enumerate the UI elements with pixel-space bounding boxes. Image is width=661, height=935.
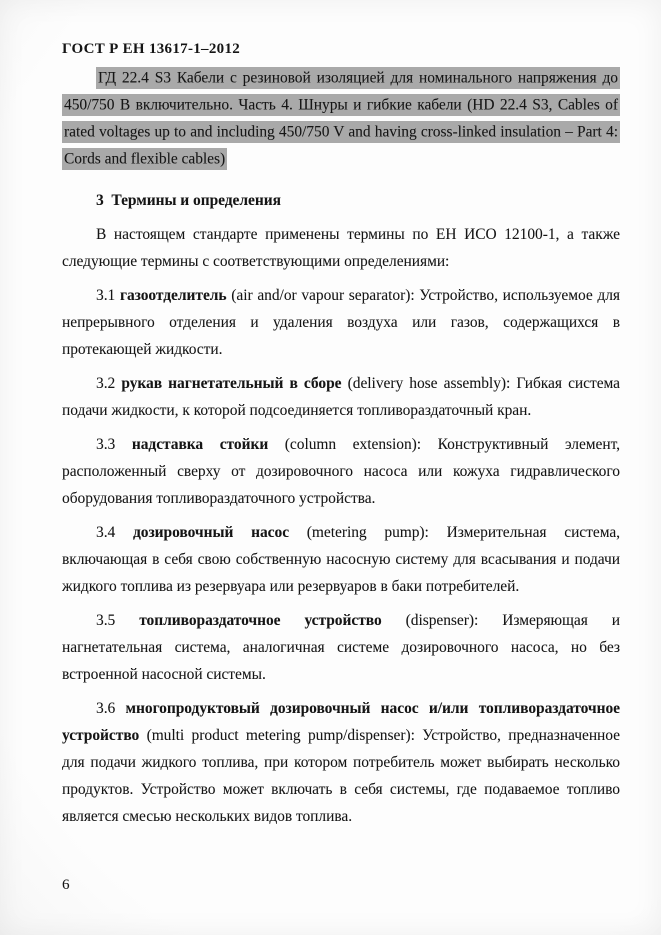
definition-term: газоотделитель: [120, 287, 227, 304]
definition-item-3-2: 3.2 рукав нагнетательный в сборе (delive…: [62, 370, 620, 424]
highlighted-citation-paragraph: ГД 22.4 S3 Кабели с резиновой изоляцией …: [62, 64, 620, 172]
page-content: ГОСТ Р ЕН 13617-1–2012 ГД 22.4 S3 Кабели…: [62, 36, 620, 830]
definition-english-term: (column extension):: [268, 436, 437, 453]
definition-term: надставка стойки: [132, 436, 268, 453]
standard-designation-header: ГОСТ Р ЕН 13617-1–2012: [62, 36, 620, 63]
definition-item-3-3: 3.3 надставка стойки (column extension):…: [62, 431, 620, 512]
highlighted-citation-text: ГД 22.4 S3 Кабели с резиновой изоляцией …: [62, 67, 620, 170]
definition-number: 3.4: [96, 524, 133, 541]
definition-english-term: (air and/or vapour separator):: [227, 287, 420, 304]
definition-english-term: (metering pump):: [289, 524, 447, 541]
definition-number: 3.3: [96, 436, 132, 453]
definition-english-term: (dispenser):: [382, 612, 503, 629]
section-heading-terms: 3 Термины и определения: [62, 187, 620, 214]
definition-english-term: (multi product metering pump/dispenser):: [139, 727, 422, 744]
definition-number: 3.2: [96, 375, 121, 392]
definition-number: 3.5: [96, 612, 139, 629]
definition-term: рукав нагнетательный в сборе: [121, 375, 341, 392]
intro-paragraph: В настоящем стандарте применены термины …: [62, 221, 620, 275]
definition-item-3-4: 3.4 дозировочный насос (metering pump): …: [62, 519, 620, 600]
definition-term: топливораздаточное устройство: [139, 612, 381, 629]
definition-english-term: (delivery hose assembly):: [342, 375, 517, 392]
definition-item-3-5: 3.5 топливораздаточное устройство (dispe…: [62, 607, 620, 688]
definition-number: 3.6: [96, 700, 126, 717]
definition-number: 3.1: [96, 287, 120, 304]
definition-item-3-6: 3.6 многопродуктовый дозировочный насос …: [62, 695, 620, 830]
scanned-document-page: ГОСТ Р ЕН 13617-1–2012 ГД 22.4 S3 Кабели…: [0, 0, 661, 935]
page-number: 6: [62, 872, 70, 899]
definition-term: дозировочный насос: [133, 524, 289, 541]
definition-item-3-1: 3.1 газоотделитель (air and/or vapour se…: [62, 282, 620, 363]
